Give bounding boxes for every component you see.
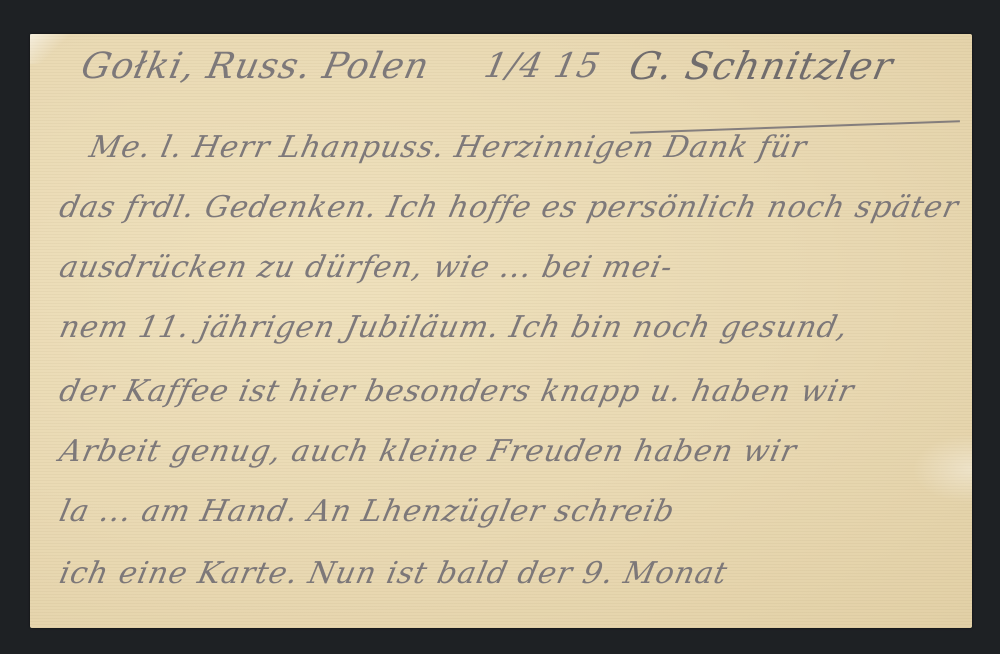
header-place: Gołki, Russ. Polen bbox=[78, 46, 434, 87]
text-line-7: la ... am Hand. An Lhenzügler schreib bbox=[56, 494, 678, 529]
text-line-8: ich eine Karte. Nun ist bald der 9. Mona… bbox=[56, 556, 731, 591]
text-line-5: der Kaffee ist hier besonders knapp u. h… bbox=[56, 374, 857, 409]
text-line-4: nem 11. jährigen Jubiläum. Ich bin noch … bbox=[56, 310, 851, 345]
text-line-3: ausdrücken zu dürfen, wie ... bei mei- bbox=[56, 250, 676, 285]
text-line-6: Arbeit genug, auch kleine Freuden haben … bbox=[56, 434, 800, 469]
text-line-2: das frdl. Gedenken. Ich hoffe es persönl… bbox=[56, 190, 962, 225]
text-line-1: Me. l. Herr Lhanpuss. Herzinnigen Dank f… bbox=[86, 130, 810, 165]
paper-tear bbox=[912, 434, 972, 504]
header-date: 1/4 15 bbox=[481, 46, 604, 86]
corner-crease bbox=[30, 34, 70, 64]
header-signature: G. Schnitzler bbox=[625, 44, 897, 88]
postcard: Gołki, Russ. Polen 1/4 15 G. Schnitzler … bbox=[30, 34, 972, 628]
